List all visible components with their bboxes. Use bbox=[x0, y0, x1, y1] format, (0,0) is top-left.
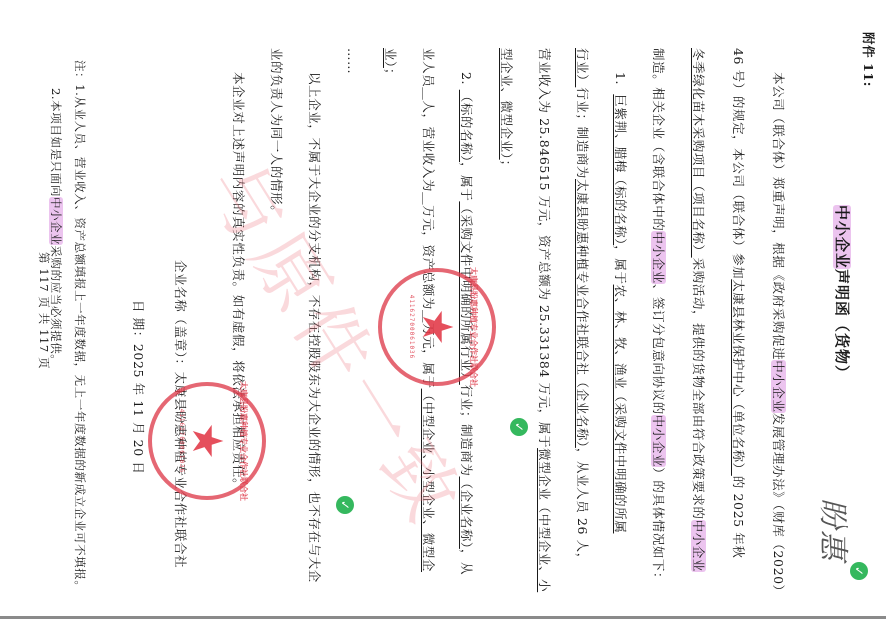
title-text: 声明函（货物） bbox=[833, 269, 851, 381]
highlight: 中小企业 bbox=[651, 415, 666, 467]
item1-line2: 行业）行业；制造商为太康县盼惠种植专业合作社联合社（企业名称），从业人员 26 … bbox=[574, 48, 590, 566]
title-highlight: 中小企业 bbox=[833, 205, 851, 269]
company-seal-lower: 太康县盼惠种植专业合作社联合社 ★ 41162700061036 bbox=[148, 382, 266, 500]
ellipsis: …… bbox=[344, 48, 360, 74]
item1-line1: 1. 巨紫荆、腊梅（标的名称），属于农、林、牧、渔业（采购文件中明确的所属 bbox=[612, 72, 628, 533]
check-icon[interactable]: ✓ bbox=[336, 496, 354, 514]
company-seal-upper: 太康县盼惠种植专业合作社联合社 ★ 41162700061036 bbox=[378, 268, 496, 386]
date-label: 日 期： bbox=[131, 300, 146, 344]
highlight: 中小企业 bbox=[691, 520, 706, 572]
date-row: 日 期：2025 年 11 月 20 日 bbox=[130, 300, 146, 474]
seal-star-icon: ★ bbox=[186, 422, 228, 460]
para1-line1: 本公司（联合体）郑重声明，根据《政府采购促进中小企业发展管理办法》（财库（202… bbox=[770, 72, 786, 598]
seal-name: 太康县盼惠种植专业合作社联合社 bbox=[468, 267, 479, 387]
note-1: 注：1.从业人员、营业收入、资产总额填报上一年度数据，无上一年度数据的新成立企业… bbox=[72, 60, 88, 592]
highlight: 中小企业 bbox=[49, 197, 63, 245]
highlight: 中小企业 bbox=[771, 360, 786, 412]
page-number: 第 117 页 共 117 页 bbox=[36, 252, 52, 369]
item2-line3: 业）； bbox=[382, 48, 398, 81]
page-title: 中小企业声明函（货物） bbox=[834, 205, 850, 381]
seal-code: 41162700061036 bbox=[178, 409, 185, 474]
para1-line2: 46 号）的规定，本公司（联合体）参加太康县林业保护中心（单位名称）的 2025… bbox=[730, 48, 746, 558]
date-value: 2025 年 11 月 20 日 bbox=[131, 344, 146, 475]
seal-code: 41162700061036 bbox=[408, 295, 415, 360]
check-icon[interactable]: ✓ bbox=[850, 562, 868, 580]
handwritten-signature: 盼惠 bbox=[814, 498, 858, 562]
check-icon[interactable]: ✓ bbox=[510, 418, 528, 436]
seal-name: 太康县盼惠种植专业合作社联合社 bbox=[238, 381, 249, 501]
para1-line4: 制造。相关企业（含联合体中的中小企业、签订分包意向协议的中小企业）的具体情况如下… bbox=[650, 48, 666, 585]
seal-star-icon: ★ bbox=[416, 308, 458, 346]
para1-line3: 冬季绿化苗木采购项目（项目名称）采购活动，提供的货物全部由符合政策要求的中小企业 bbox=[690, 48, 706, 572]
attachment-label: 附件 11: bbox=[860, 32, 876, 87]
item1-line3: 营业收入为 25.846515 万元，资产总额为 25.331384 万元，属于… bbox=[536, 48, 552, 592]
company-label: 企业名称（盖章）： bbox=[173, 260, 188, 372]
highlight: 中小企业 bbox=[651, 231, 666, 283]
item1-line4: 型企业、微型企业）； bbox=[498, 48, 514, 173]
rotated-document-page: 附件 11: 中小企业声明函（货物） 本公司（联合体）郑重声明，根据《政府采购促… bbox=[0, 0, 886, 619]
